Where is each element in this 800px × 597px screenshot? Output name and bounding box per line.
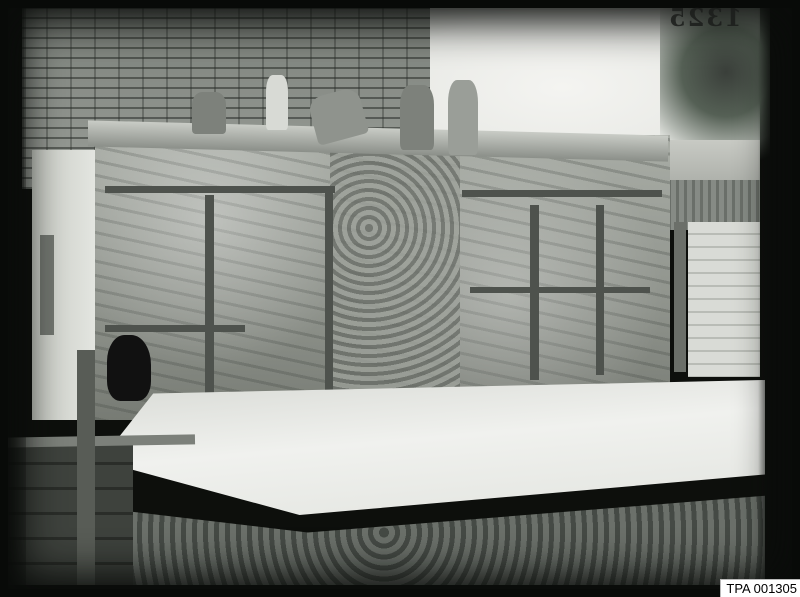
photograph: 1325 (0, 0, 800, 597)
construction-scene (0, 0, 800, 597)
leveled-ground (100, 380, 765, 515)
timber-post (325, 190, 333, 415)
plate-number: 1325 (667, 3, 742, 32)
worker-center (400, 85, 434, 150)
wooden-fence (688, 222, 760, 377)
timber-post (205, 195, 214, 420)
figure-right-blurred (448, 80, 478, 155)
timber-rail (105, 325, 245, 332)
side-house-window (40, 235, 54, 335)
timber-rail (105, 186, 335, 193)
hanging-cloth (266, 75, 288, 130)
wooden-trench-shoring (8, 440, 133, 585)
plate-edge-left (0, 0, 26, 597)
vertical-post (77, 350, 95, 585)
rubble-stone-section (330, 150, 460, 410)
worker-with-hat-left (192, 92, 226, 134)
plate-edge-right (758, 0, 800, 597)
fence-post (674, 222, 686, 372)
wall-opening (107, 335, 151, 401)
timber-rail (470, 287, 650, 293)
timber-rail (462, 190, 662, 197)
catalog-label: TPA 001305 (720, 579, 800, 597)
